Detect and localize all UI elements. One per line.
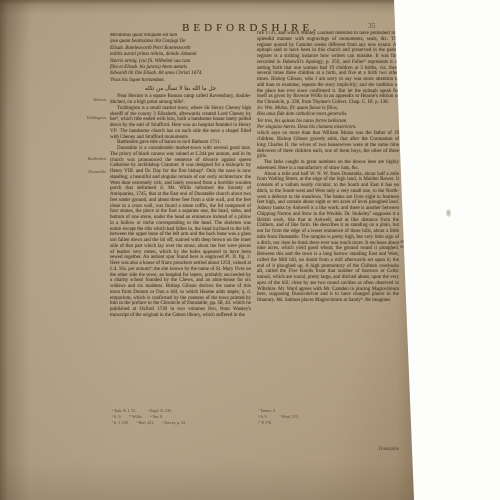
paragraph: Dunstable is a considerable market-town … xyxy=(110,146,251,319)
footnote-row: ³ It. I. 108. ⁵ Harl. 421. ⁶ Survey, p. … xyxy=(112,420,252,426)
left-text-column: Mirabilius quod reliquum est tam ipse qu… xyxy=(110,33,251,407)
paragraph: fire 1731, and which Wanley Lindsell int… xyxy=(257,31,399,106)
paragraph: Toddington is a small market town, where… xyxy=(110,106,251,141)
paragraph: which says no more than that William Mul… xyxy=(257,131,399,160)
margin-note-toddington: Toddington. xyxy=(76,115,107,120)
paragraph: Near Hexton is a square Roman camp calle… xyxy=(110,94,251,106)
right-text-column: fire 1731, and which Wanley Lindsell int… xyxy=(257,31,399,403)
arabic-inscription: جل ما الله بقا لا تسأل من تكله xyxy=(110,84,251,94)
page-number: 35 xyxy=(368,21,376,30)
footnotes-right: ⁷ Tanner, 4.⁸ It. 9. ⁹ Ward, 119.¹⁰ P. 5… xyxy=(258,408,398,427)
margin-note-hexton: Hexton. xyxy=(76,97,107,102)
latin-verse: Jo: Wm. Mulso, fil: quam fuisse lx filio… xyxy=(257,106,399,132)
margin-note-maiden-bower: Maiden Bower. xyxy=(400,239,424,249)
scan-speck xyxy=(446,209,451,217)
footnotes-left: ¹ Stuk. B. I. 33. ³ Dugd. II. 230.² It. … xyxy=(112,408,252,427)
paragraph: The larks caught in great numbers on the… xyxy=(257,160,399,172)
margin-note-dunstable: Dunstable. xyxy=(76,169,107,174)
margin-note-battlesden: Battlesden. xyxy=(76,156,107,161)
footnote-row: ¹⁰ P. 570. xyxy=(258,420,398,426)
catchword: Dunstable xyxy=(257,447,399,452)
page-paper: BEDFORDSHIRE. 35 Hexton. Toddington. Bat… xyxy=(0,0,422,500)
latin-verse: Mirabilius quod reliquum est tam ipse qu… xyxy=(110,33,251,84)
paragraph: About a mile and half W. N. W. from Duns… xyxy=(257,172,399,304)
book-page-photo: BEDFORDSHIRE. 35 Hexton. Toddington. Bat… xyxy=(0,0,500,500)
